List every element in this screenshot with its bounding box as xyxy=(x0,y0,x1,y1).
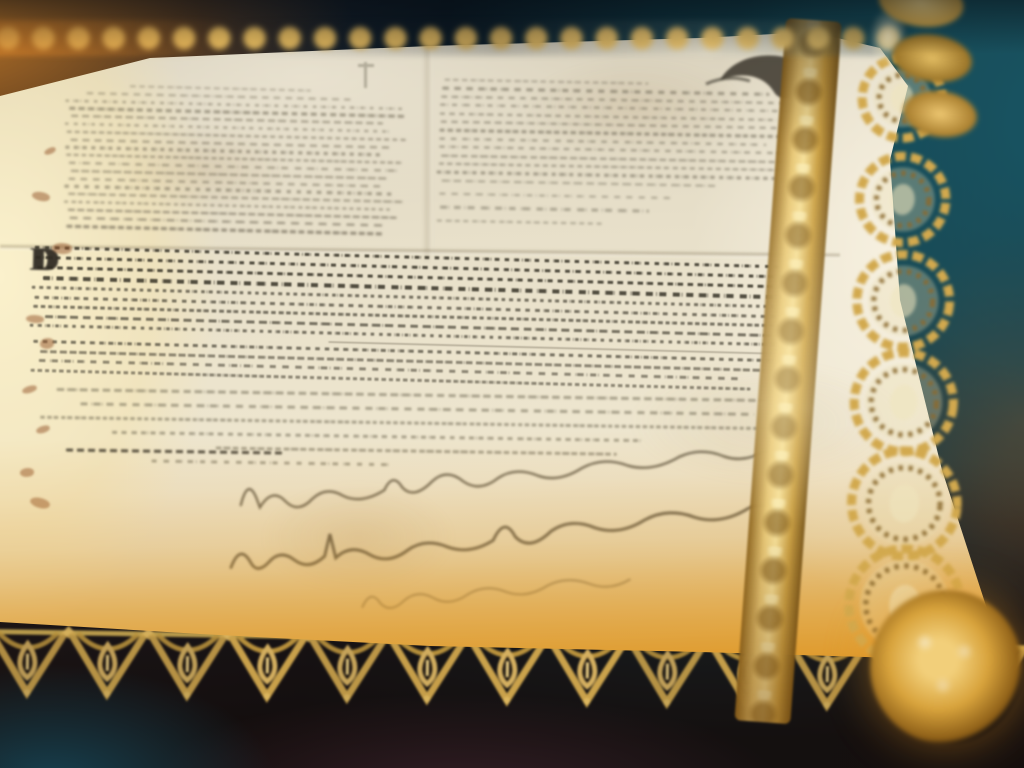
pseudo-text-line xyxy=(439,137,765,146)
pseudo-text-line xyxy=(442,179,720,187)
manuscript-photo-scene: D xyxy=(0,0,1024,768)
faded-flourish-mark xyxy=(352,60,378,90)
pseudo-text-line xyxy=(437,171,790,180)
pseudo-text-line xyxy=(87,92,350,101)
red-margin-mark xyxy=(43,146,56,156)
red-margin-mark xyxy=(40,337,55,349)
pseudo-text-line xyxy=(437,219,602,224)
text-block-middle: D xyxy=(28,246,819,399)
text-column-right xyxy=(435,79,800,240)
text-column-left xyxy=(62,84,424,242)
pseudo-text-line xyxy=(441,121,781,130)
pseudo-text-line xyxy=(445,79,649,85)
pseudo-text-line xyxy=(439,129,780,138)
pseudo-text-line xyxy=(440,112,777,121)
red-margin-mark xyxy=(29,495,52,511)
pseudo-text-line xyxy=(66,225,383,235)
vertical-fold-crease xyxy=(424,40,433,260)
pseudo-text-line xyxy=(441,95,783,104)
red-margin-mark xyxy=(31,190,51,203)
pseudo-text-line xyxy=(440,206,649,212)
pseudo-text-line xyxy=(439,146,784,155)
gold-medallion-ornament xyxy=(870,590,1022,744)
light-tint-overlay xyxy=(0,20,908,56)
pseudo-text-line xyxy=(31,369,751,391)
gold-lace-trim-top xyxy=(0,20,908,56)
pseudo-text-line xyxy=(439,193,674,200)
red-margin-mark xyxy=(21,384,37,394)
pseudo-text-line xyxy=(440,104,791,113)
red-margin-mark xyxy=(20,468,34,477)
pseudo-text-line xyxy=(442,87,769,96)
pseudo-text-line xyxy=(438,162,786,171)
pseudo-text-line xyxy=(441,154,790,163)
pseudo-text-line xyxy=(130,85,310,92)
gold-corner-ornament xyxy=(824,0,1005,180)
pseudo-text-line xyxy=(81,402,755,415)
